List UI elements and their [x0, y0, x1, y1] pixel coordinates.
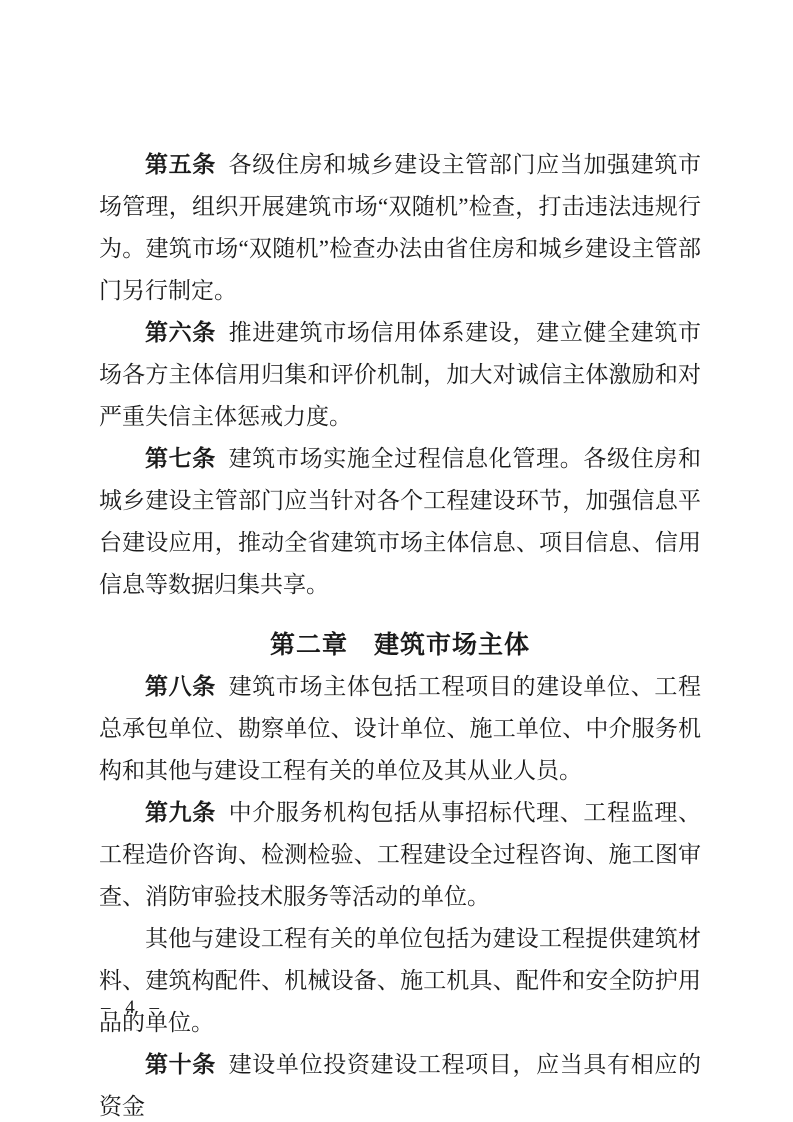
- article-number: 第九条: [145, 800, 216, 825]
- article-number: 第十条: [145, 1052, 216, 1077]
- article-number: 第五条: [145, 152, 216, 177]
- article-paragraph: 第八条建筑市场主体包括工程项目的建设单位、工程总承包单位、勘察单位、设计单位、施…: [99, 666, 701, 792]
- article-paragraph: 第六条推进建筑市场信用体系建设，建立健全建筑市场各方主体信用归集和评价机制，加大…: [99, 312, 701, 438]
- article-paragraph: 第五条各级住房和城乡建设主管部门应当加强建筑市场管理，组织开展建筑市场“双随机”…: [99, 144, 701, 312]
- article-paragraph: 第九条中介服务机构包括从事招标代理、工程监理、工程造价咨询、检测检验、工程建设全…: [99, 792, 701, 918]
- page-number: – 4 –: [101, 997, 164, 1019]
- chapter-heading: 第二章 建筑市场主体: [99, 624, 701, 666]
- article-number: 第六条: [145, 320, 216, 345]
- body-paragraph: 其他与建设工程有关的单位包括为建设工程提供建筑材料、建筑构配件、机械设备、施工机…: [99, 918, 701, 1044]
- article-paragraph: 第七条建筑市场实施全过程信息化管理。各级住房和城乡建设主管部门应当针对各个工程建…: [99, 438, 701, 606]
- document-page: 第五条各级住房和城乡建设主管部门应当加强建筑市场管理，组织开展建筑市场“双随机”…: [0, 0, 793, 1122]
- paragraph-text: 其他与建设工程有关的单位包括为建设工程提供建筑材料、建筑构配件、机械设备、施工机…: [99, 926, 701, 1035]
- article-number: 第七条: [145, 446, 216, 471]
- article-number: 第八条: [145, 674, 216, 699]
- article-paragraph: 第十条建设单位投资建设工程项目，应当具有相应的资金: [99, 1044, 701, 1122]
- document-content: 第五条各级住房和城乡建设主管部门应当加强建筑市场管理，组织开展建筑市场“双随机”…: [99, 144, 701, 1122]
